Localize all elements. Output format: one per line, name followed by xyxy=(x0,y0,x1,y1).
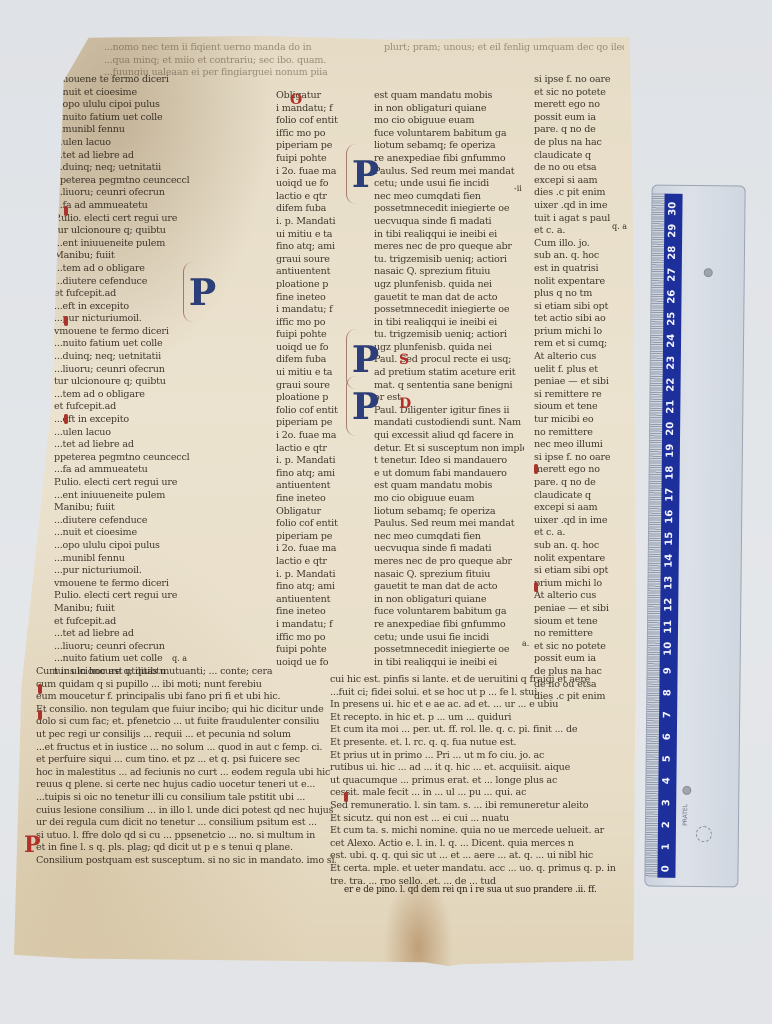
ruler-number: 16 xyxy=(663,508,677,526)
ruler-number: 23 xyxy=(665,354,679,372)
text-line: iffic mo po xyxy=(276,317,364,330)
gloss-line: ...ent iniuueneite pulem xyxy=(54,490,214,503)
ruler-number: 21 xyxy=(664,398,678,416)
gloss-line: Et recepto. in hic et. p ... um ... quid… xyxy=(330,712,620,725)
gloss-line: excepi si aam xyxy=(534,502,626,515)
gloss-line: Et certa. mple. et ueter mandatu. acc ..… xyxy=(330,863,620,876)
ruler-brand: PRATEL xyxy=(682,804,689,826)
gloss-line: vmouene te fermo diceri xyxy=(54,74,214,87)
rubric-letter: S xyxy=(399,352,409,368)
text-line: Obligatur xyxy=(276,506,364,519)
gloss-line: vmouene te fermo diceri xyxy=(54,578,214,591)
text-line: ugz plunfenisb. quida nei xyxy=(374,279,524,292)
text-line: or est. xyxy=(374,392,524,405)
ruler-brand-label: PRATEL xyxy=(682,782,689,826)
bottom-right-gloss: cui hic est. pinfis si lante. et de ueru… xyxy=(330,674,620,884)
gloss-line: prium michi lo xyxy=(534,578,626,591)
gloss-line: no remittere xyxy=(534,628,626,641)
paragraph-mark xyxy=(344,792,348,802)
paragraph-mark xyxy=(534,464,538,474)
ruler-number: 7 xyxy=(661,706,675,724)
rubric-letter: D xyxy=(399,396,411,412)
gloss-line: et perfuire siqui ... cum tino. et pz ..… xyxy=(36,754,336,767)
marginal-note: -ii xyxy=(514,184,522,193)
text-line: meres nec de pro queque abr xyxy=(374,241,524,254)
gloss-line: et fufcepit.ad xyxy=(54,616,214,629)
gloss-line: ...pur nicturiumoil. xyxy=(54,565,214,578)
decorated-initial: P xyxy=(352,339,379,381)
text-line: fino atq; ami xyxy=(276,241,364,254)
gloss-line: sioum et tene xyxy=(534,616,626,629)
gloss-line: rutibus ui. hic ... ad ... it q. hic ...… xyxy=(330,762,620,775)
ruler-number: 18 xyxy=(664,464,678,482)
text-line: fine ineteo xyxy=(276,493,364,506)
text-line: fino atq; ami xyxy=(276,581,364,594)
parchment-stain xyxy=(426,964,460,986)
gloss-line: et c. a. xyxy=(534,527,626,540)
text-line: difem fuba xyxy=(276,203,364,216)
text-line: Paul. Diligenter igitur fines ii xyxy=(374,405,524,418)
text-line: gauetit te man dat de acto xyxy=(374,581,524,594)
gloss-line: ...tet ad liebre ad xyxy=(54,150,214,163)
ruler-number: 3 xyxy=(660,794,674,812)
gloss-line: Et cum ita moi ... per. ut. ff. rol. lle… xyxy=(330,724,620,737)
gloss-line: At alterio cus xyxy=(534,351,626,364)
gloss-line: Cum illo. jo. xyxy=(534,238,626,251)
gloss-line: ...nuit et cioesime xyxy=(54,87,214,100)
gloss-line: si etiam sibi opt xyxy=(534,565,626,578)
text-line: mat. q sententia sane benigni xyxy=(374,380,524,393)
gloss-line: et fufcepit.ad xyxy=(54,401,214,414)
gloss-line: ut quacumque ... primus erat. et ... lon… xyxy=(330,775,620,788)
ruler-logo-circle xyxy=(696,826,712,842)
text-line: re anexpediae fibi gnfummo xyxy=(374,619,524,632)
manuscript-leaf: ...nomo nec tem ii fiqient uerno manda d… xyxy=(14,34,636,966)
text-line: nasaic Q. sprezium fituiu xyxy=(374,569,524,582)
rubric-letter: O xyxy=(290,92,302,108)
ruler-number: 19 xyxy=(664,442,678,460)
gloss-line: peniae — et sibi xyxy=(534,603,626,616)
paragraph-mark xyxy=(534,582,538,592)
gloss-line: merett ego no xyxy=(534,464,626,477)
gloss-line: rem et si cumq; xyxy=(534,338,626,351)
gloss-right-column: si ipse f. no oare et sic no potete mere… xyxy=(534,74,626,714)
photo-scene: ...nomo nec tem ii fiqient uerno manda d… xyxy=(0,0,772,1024)
text-line: uecvuqua sinde fi madati xyxy=(374,216,524,229)
paragraph-mark xyxy=(64,414,68,424)
gloss-line: Et prius ut in primo ... Pri ... ut m fo… xyxy=(330,750,620,763)
text-line: nasaic Q. sprezium fituiu xyxy=(374,266,524,279)
text-line: fine ineteo xyxy=(276,606,364,619)
gloss-line: eum moucetur f. principalis ubi fano pri… xyxy=(36,691,336,704)
gloss-line: no remittere xyxy=(534,427,626,440)
paragraph-mark xyxy=(64,316,68,326)
gloss-line: ...tem ad o obligare xyxy=(54,389,214,402)
text-line: ...nomo nec tem ii fiqient uerno manda d… xyxy=(104,42,354,55)
text-line: fuipi pohte xyxy=(276,644,364,657)
text-line: Paulus. Sed reum mei mandat xyxy=(374,518,524,531)
gloss-line: Et consilio. non tegulam que fuiur incib… xyxy=(36,704,336,717)
text-line: mandati custodiendi sunt. Nam xyxy=(374,417,524,430)
gloss-line: et sic no potete xyxy=(534,87,626,100)
ruler-number: 27 xyxy=(666,266,680,284)
gloss-line: nolit expentare xyxy=(534,276,626,289)
gloss-line: claudicate q xyxy=(534,490,626,503)
gloss-line: ...munibl fennu xyxy=(54,553,214,566)
gloss-line: ...tet ad liebre ad xyxy=(54,628,214,641)
paragraph-mark xyxy=(38,710,42,720)
gloss-line: si ipse f. no oare xyxy=(534,452,626,465)
text-line: ploatione p xyxy=(276,279,364,292)
text-line: qui excessit aliud qd facere in xyxy=(374,430,524,443)
text-line: gauetit te man dat de acto xyxy=(374,292,524,305)
gloss-line: ...fa ad ammueatetu xyxy=(54,464,214,477)
gloss-line: Manibu; fuiit xyxy=(54,250,214,263)
text-line: uecvuqua sinde fi madati xyxy=(374,543,524,556)
gloss-line: ...tet ad liebre ad xyxy=(54,439,214,452)
text-line: liotum sebamq; fe operiza xyxy=(374,140,524,153)
text-line: iffic mo po xyxy=(276,128,364,141)
flourish-ornament xyxy=(346,144,373,204)
colophon-line: er e de pino. l. qd dem rei qn i re sua … xyxy=(344,884,604,900)
text-line: antiuentent xyxy=(276,480,364,493)
gloss-line: cum quidam q si pupillo ... ibi moti; nu… xyxy=(36,679,336,692)
ruler-number: 11 xyxy=(662,618,676,636)
text-line: i 2o. fuae ma xyxy=(276,543,364,556)
ruler-number: 24 xyxy=(665,332,679,350)
gloss-line: In presens ui. hic et e ae ac. ad et. ..… xyxy=(330,699,620,712)
text-line: in non obligaturi quiane xyxy=(374,103,524,116)
text-line: t tenetur. Ideo si mandauero xyxy=(374,455,524,468)
gloss-line: ut pec regi ur consilijs ... requii ... … xyxy=(36,729,336,742)
gloss-line: reuus q plene. si certe nec hujus cadio … xyxy=(36,779,336,792)
text-line: fuce voluntarem babitum ga xyxy=(374,128,524,141)
gloss-line: claudicate q xyxy=(534,150,626,163)
text-line: lactio e qtr xyxy=(276,556,364,569)
ruler-number: 29 xyxy=(666,222,680,240)
gloss-line: Sed remuneratio. l. sin tam. s. ... ibi … xyxy=(330,800,620,813)
text-line: in non obligaturi quiane xyxy=(374,594,524,607)
gloss-line: Et sicutz. qui non est ... ei cui ... nu… xyxy=(330,813,620,826)
text-line: lactio e qtr xyxy=(276,443,364,456)
decorated-initial: P xyxy=(352,154,379,196)
gloss-line: si etiam sibi opt xyxy=(534,301,626,314)
gloss-left-column: vmouene te fermo diceri ...nuit et cioes… xyxy=(54,74,214,684)
gloss-line: ...ulen lacuo xyxy=(54,427,214,440)
text-line: e ut domum fabi mandauero xyxy=(374,468,524,481)
gloss-line: excepi si aam xyxy=(534,175,626,188)
text-line: possetmnecedit iniegierte oe xyxy=(374,304,524,317)
gloss-line: cuius lesione consilium ... in illo l. u… xyxy=(36,805,336,818)
marginal-note: q. a xyxy=(612,222,627,231)
text-line: piperiam pe xyxy=(276,531,364,544)
text-line: Paulus. Sed reum mei mandat xyxy=(374,166,524,179)
gloss-line: ...fuit ci; fidei solui. et se hoc ut p … xyxy=(330,687,620,700)
gloss-line: ...nuito fatium uet colle xyxy=(54,653,214,666)
gloss-line: ...liuoru; ceunri ofecrun xyxy=(54,187,214,200)
gloss-line: si utuo. l. ffre dolo qd si cu ... ppsen… xyxy=(36,830,336,843)
gloss-line: P.ulio. electi cert regui ure xyxy=(54,590,214,603)
text-line: in tibi realiqqui ie ineibi ei xyxy=(374,317,524,330)
gloss-line: tet actio sibi ao xyxy=(534,313,626,326)
gloss-line: Et cum ta. s. michi nomine. quia no ue m… xyxy=(330,825,620,838)
gloss-line: tur micibi eo xyxy=(534,414,626,427)
ruler-number: 15 xyxy=(663,530,677,548)
text-line: cetu; unde usui fie incidi xyxy=(374,178,524,191)
gloss-line: est. ubi. q. q. qui sic ut ... et ... ae… xyxy=(330,850,620,863)
text-line: i. p. Mandati xyxy=(276,569,364,582)
ruler-number: 28 xyxy=(666,244,680,262)
text-line: folio cof entit xyxy=(276,518,364,531)
gloss-line: de no ou etsa xyxy=(534,162,626,175)
ruler-number: 0 xyxy=(659,860,673,878)
text-line: in tibi realiqqui ie ineibi ei xyxy=(374,229,524,242)
text-line: est quam mandatu mobis xyxy=(374,480,524,493)
gloss-line: de plus na hac xyxy=(534,137,626,150)
text-line: ui mitiu e ta xyxy=(276,229,364,242)
text-line: possetmnecedit iniegierte oe xyxy=(374,203,524,216)
gloss-line: ...opo ululu cipoi pulus xyxy=(54,540,214,553)
ruler-number: 26 xyxy=(665,288,679,306)
gloss-line: tur ulcionoure q; quibtu xyxy=(54,376,214,389)
gloss-line: ...et fructus et in iustice ... no solum… xyxy=(36,742,336,755)
gloss-line: ppeterea pegmtno ceunceccl xyxy=(54,175,214,188)
gloss-line: ...liuoru; ceunri ofecrun xyxy=(54,641,214,654)
ruler-number: 14 xyxy=(663,552,677,570)
flourish-ornament xyxy=(346,376,373,436)
gloss-line: dies .c pit enim xyxy=(534,187,626,200)
gloss-line: et in fine l. s q. pls. plag; qd dicit u… xyxy=(36,842,336,855)
text-line: antiuentent xyxy=(276,266,364,279)
gloss-line: prium michi lo xyxy=(534,326,626,339)
text-line: i. p. Mandati xyxy=(276,216,364,229)
text-line: detur. Et si susceptum non impleui xyxy=(374,443,524,456)
text-line: fine ineteo xyxy=(276,292,364,305)
gloss-line: ...nuito fatium uet colle xyxy=(54,112,214,125)
decorated-initial: P xyxy=(189,272,216,314)
paragraph-mark xyxy=(64,206,68,216)
text-line: meres nec de pro queque abr xyxy=(374,556,524,569)
gloss-line: ur dei regula cum dicit no tenetur ... c… xyxy=(36,817,336,830)
text-line: re anexpediae fibi gnfummo xyxy=(374,153,524,166)
ruler-number: 12 xyxy=(662,596,676,614)
marginal-note: a. xyxy=(522,639,529,648)
gloss-line: ...liuoru; ceunri ofecrun xyxy=(54,364,214,377)
gloss-line: Manibu; fuiit xyxy=(54,502,214,515)
gloss-line: uelit f. plus et xyxy=(534,364,626,377)
gloss-line: si remittere re xyxy=(534,389,626,402)
text-line: i mandatu; f xyxy=(276,619,364,632)
text-line: cetu; unde usui fie incidi xyxy=(374,632,524,645)
gloss-line: nec meo illumi xyxy=(534,439,626,452)
gloss-line: et sic no potete xyxy=(534,641,626,654)
ruler-number: 20 xyxy=(664,420,678,438)
gloss-line: Consilium postquam est susceptum. si no … xyxy=(36,855,336,866)
text-line: ugz plunfenisb. quida nei xyxy=(374,342,524,355)
text-line: antiuentent xyxy=(276,594,364,607)
text-line: nec meo cumqdati fien xyxy=(374,191,524,204)
text-line: graui soure xyxy=(276,254,364,267)
ruler-number: 10 xyxy=(662,640,676,658)
text-line: possetmnecedit iniegierte oe xyxy=(374,644,524,657)
gloss-line: tre. tra. ... rpo sello. .et. ... de ...… xyxy=(330,876,620,885)
gloss-line: Cum ius in hoc est utilitas mutuanti; ..… xyxy=(36,666,336,679)
decorated-initial: P xyxy=(352,386,379,428)
gloss-line: uixer .qd in ime xyxy=(534,515,626,528)
text-line: tu. trigzemisib ueniq; actiori xyxy=(374,329,524,342)
gloss-line: cet Alexo. Actio e. l. in. l. q. ... Dic… xyxy=(330,838,620,851)
gloss-line: nolit expentare xyxy=(534,553,626,566)
bottom-left-gloss: Cum ius in hoc est utilitas mutuanti; ..… xyxy=(36,666,336,866)
ruler-number: 6 xyxy=(661,728,675,746)
text-line: mo cio obiguue euam xyxy=(374,115,524,128)
text-line: in tibi realiqqui ie ineibi ei xyxy=(374,657,524,670)
gloss-line: ...duinq; neq; uetnitatii xyxy=(54,351,214,364)
gloss-line: sub an. q. hoc xyxy=(534,540,626,553)
ruler-number: 1 xyxy=(660,838,674,856)
ruler-number: 9 xyxy=(661,662,675,680)
gloss-line: ...ent iniuueneite pulem xyxy=(54,238,214,251)
gloss-line: P.ulio. electi cert regui ure xyxy=(54,213,214,226)
ruler-hole xyxy=(704,268,713,277)
ruler-number: 25 xyxy=(665,310,679,328)
text-line: tu. trigzemisib ueniq; actiori xyxy=(374,254,524,267)
gloss-line: cessit. male fecit ... in ... ul ... pu … xyxy=(330,787,620,800)
text-line: fuce voluntarem babitum ga xyxy=(374,606,524,619)
gloss-line: peniae — et sibi xyxy=(534,376,626,389)
gloss-line: hoc in malestitus ... ad feciunis no cur… xyxy=(36,767,336,780)
gloss-line: possit eum ia xyxy=(534,112,626,125)
ruler-number: 5 xyxy=(661,750,675,768)
gloss-line: uixer .qd in ime xyxy=(534,200,626,213)
ruler: 0 1 2 3 4 5 6 7 8 9 10 11 12 13 14 15 16… xyxy=(644,185,745,888)
gloss-line: P.ulio. electi cert regui ure xyxy=(54,477,214,490)
text-line: fino atq; ami xyxy=(276,468,364,481)
gloss-line: ...eft in excepito xyxy=(54,414,214,427)
text-line: i. p. Mandati xyxy=(276,455,364,468)
gloss-line: est in quatrisi xyxy=(534,263,626,276)
gloss-line: ...tuipis si oic no tenetur illi cu cons… xyxy=(36,792,336,805)
text-line: Paul. Sed procul recte ei usq; xyxy=(374,354,524,367)
text-line: i mandatu; f xyxy=(276,304,364,317)
gloss-line: si ipse f. no oare xyxy=(534,74,626,87)
ruler-number: 22 xyxy=(664,376,678,394)
text-line: folio cof entit xyxy=(276,115,364,128)
gloss-line: possit eum ia xyxy=(534,653,626,666)
text-line: nec meo cumqdati fien xyxy=(374,531,524,544)
ruler-number: 30 xyxy=(666,200,680,218)
gloss-line: sub an. q. hoc xyxy=(534,250,626,263)
text-line: liotum sebamq; fe operiza xyxy=(374,506,524,519)
text-line: mo cio obiguue euam xyxy=(374,493,524,506)
gloss-line: ...nuit et cioesime xyxy=(54,527,214,540)
gloss-line: At alterio cus xyxy=(534,590,626,603)
paragraph-mark xyxy=(38,684,42,694)
rubric-letter: P xyxy=(24,832,41,858)
main-text-column-right: est quam mandatu mobis in non obligaturi… xyxy=(374,90,524,680)
gloss-line: plus q no tm xyxy=(534,288,626,301)
flourish-ornament xyxy=(183,262,210,322)
gloss-line: dolo si cum fac; et. pfenetcio ... ut fu… xyxy=(36,716,336,729)
gloss-line: vmouene te fermo diceri xyxy=(54,326,214,339)
text-line: ad pretium statim aceture erit xyxy=(374,367,524,380)
ruler-number: 17 xyxy=(663,486,677,504)
gloss-line: ...duinq; neq; uetnitatii xyxy=(54,162,214,175)
gloss-line: merett ego no xyxy=(534,99,626,112)
gloss-line: Et presente. et. l. rc. q. q. fua nutue … xyxy=(330,737,620,750)
gloss-line: ...ulen lacuo xyxy=(54,137,214,150)
gloss-line: ...nuito fatium uet colle xyxy=(54,338,214,351)
gloss-line: ppeterea pegmtno ceunceccl xyxy=(54,452,214,465)
gloss-line: ...munibl fennu xyxy=(54,124,214,137)
text-line: ...qua minq; et miio et contrariu; sec i… xyxy=(104,55,354,68)
gloss-line: cui hic est. pinfis si lante. et de ueru… xyxy=(330,674,620,687)
text-line: plurt; pram; unous; et eil fenlig umquam… xyxy=(384,42,624,55)
gloss-line: ...fa ad ammueatetu xyxy=(54,200,214,213)
ruler-number: 13 xyxy=(662,574,676,592)
gloss-line: ...diutere cefenduce xyxy=(54,515,214,528)
gloss-line: pare. q no de xyxy=(534,124,626,137)
ruler-number: 2 xyxy=(660,816,674,834)
marginal-note: q. a xyxy=(172,654,187,663)
gloss-line: ...opo ululu cipoi pulus xyxy=(54,99,214,112)
gloss-line: tur ulcionoure q; quibtu xyxy=(54,225,214,238)
ruler-number: 4 xyxy=(660,772,674,790)
ruler-number: 8 xyxy=(661,684,675,702)
text-line: iffic mo po xyxy=(276,632,364,645)
gloss-line: Manibu; fuiit xyxy=(54,603,214,616)
gloss-line: sioum et tene xyxy=(534,401,626,414)
text-line: est quam mandatu mobis xyxy=(374,90,524,103)
gloss-line: pare. q no de xyxy=(534,477,626,490)
